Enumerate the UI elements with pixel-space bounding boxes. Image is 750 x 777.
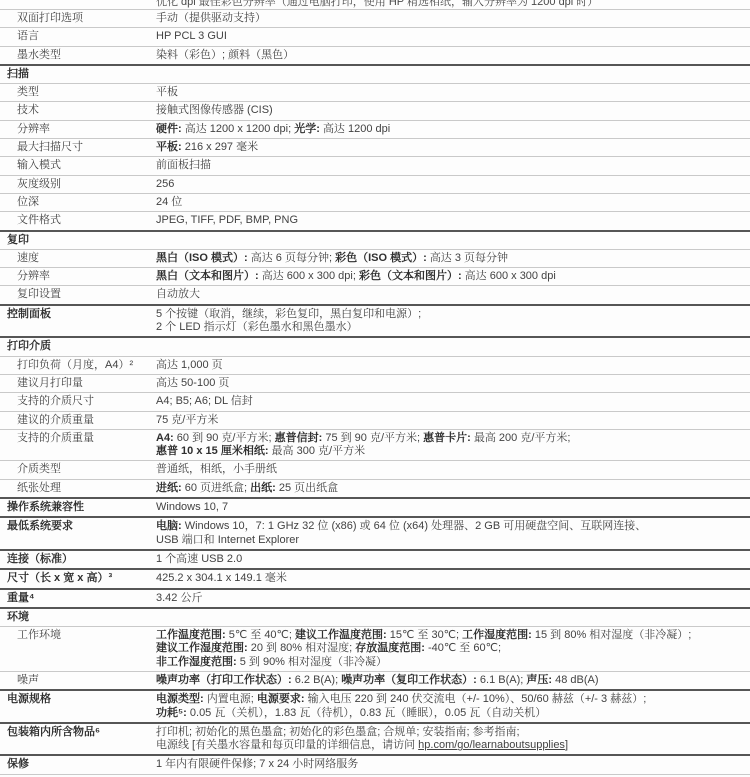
spec-row: 介质类型普通纸，相纸，小手册纸: [0, 460, 750, 478]
value-term: 平板:: [156, 141, 185, 153]
spec-value: 高达 1,000 页: [156, 359, 750, 372]
spec-value: Windows 10, 7: [156, 501, 750, 514]
spec-label: 灰度级别: [0, 178, 156, 191]
value-term: 光学:: [294, 123, 323, 135]
spec-row: 打印负荷（月度，A4）²高达 1,000 页: [0, 356, 750, 374]
spec-label: 介质类型: [0, 463, 156, 476]
value-text: 高达 3 页每分钟: [430, 252, 508, 264]
section-title: 环境: [0, 611, 156, 624]
spec-label: 建议的介质重量: [0, 414, 156, 427]
spec-value: 高达 50-100 页: [156, 377, 750, 390]
value-text: 高达 50-100 页: [156, 377, 229, 389]
spec-label: 支持的介质尺寸: [0, 395, 156, 408]
spec-label: 语言: [0, 30, 156, 43]
value-text: 1 个高速 USB 2.0: [156, 553, 242, 565]
spec-row: 输入模式前面板扫描: [0, 156, 750, 174]
spec-value: 前面板扫描: [156, 159, 750, 172]
spec-row: 最大扫描尺寸平板: 216 x 297 毫米: [0, 138, 750, 156]
spec-row: 工作环境工作温度范围: 5℃ 至 40℃; 建议工作温度范围: 15℃ 至 30…: [0, 626, 750, 671]
spec-label: 输入模式: [0, 159, 156, 172]
value-text: 最高 300 克/平方米: [272, 445, 366, 457]
value-text: 高达 1200 dpi: [323, 123, 390, 135]
spec-value: 普通纸，相纸，小手册纸: [156, 463, 750, 476]
value-term: 建议工作温度范围:: [295, 629, 390, 641]
value-text: 2 个 LED 指示灯（彩色墨水和黑色墨水）: [156, 321, 358, 333]
spec-value: 平板: 216 x 297 毫米: [156, 141, 750, 154]
spec-value: 进纸: 60 页进纸盒; 出纸: 25 页出纸盒: [156, 482, 750, 495]
spec-row: 速度黑白（ISO 模式）: 高达 6 页每分钟; 彩色（ISO 模式）: 高达 …: [0, 249, 750, 267]
spec-label: 控制面板: [0, 308, 156, 321]
spec-value: 电源类型: 内置电源; 电源要求: 输入电压 220 到 240 伏交流电（+/…: [156, 693, 750, 720]
spec-row: 建议的介质重量75 克/平方米: [0, 411, 750, 429]
spec-row: 纸张处理进纸: 60 页进纸盒; 出纸: 25 页出纸盒: [0, 479, 750, 497]
spec-row: 电源规格电源类型: 内置电源; 电源要求: 输入电压 220 到 240 伏交流…: [0, 689, 750, 722]
value-term: 惠普卡片:: [423, 432, 474, 444]
value-term: 硬件:: [156, 123, 185, 135]
value-text: 高达 1200 x 1200 dpi;: [185, 123, 294, 135]
value-text: 输入电压 220 到 240 伏交流电（+/- 10%）、50/60 赫兹（+/…: [308, 693, 647, 705]
value-text: 48 dB(A): [555, 674, 598, 686]
spec-label: 电源规格: [0, 693, 156, 706]
value-text: 425.2 x 304.1 x 149.1 毫米: [156, 572, 287, 584]
spec-label: 位深: [0, 196, 156, 209]
spec-value: 手动（提供驱动支持）: [156, 12, 750, 25]
section-header-row: 扫描: [0, 64, 750, 83]
value-term: 非工作湿度范围:: [156, 656, 240, 668]
spec-row: 技术接触式图像传感器 (CIS): [0, 101, 750, 119]
spec-label: 最低系统要求: [0, 520, 156, 533]
value-text: 6.2 B(A);: [295, 674, 341, 686]
spec-label: 支持的介质重量: [0, 432, 156, 445]
spec-value: 硬件: 高达 1200 x 1200 dpi; 光学: 高达 1200 dpi: [156, 123, 750, 136]
value-text: USB 端口和 Internet Explorer: [156, 534, 299, 546]
spec-label: 打印负荷（月度，A4）²: [0, 359, 156, 372]
value-term: A4:: [156, 432, 177, 444]
spec-value: 平板: [156, 86, 750, 99]
spec-row: 墨水类型染料（彩色）; 颜料（黑色）: [0, 46, 750, 64]
clipped-row: 优化 dpi 最佳彩色分辨率（通过电脑打印，使用 HP 精选相纸，输入分辨率为 …: [0, 0, 750, 9]
spec-label: 速度: [0, 252, 156, 265]
value-text: 24 位: [156, 196, 182, 208]
value-text: Windows 10，7: 1 GHz 32 位 (x86) 或 64 位 (x…: [185, 520, 646, 532]
value-term: 出纸:: [250, 482, 279, 494]
spec-value: 1 年内有限硬件保修; 7 x 24 小时网络服务: [156, 758, 750, 771]
spec-label: 双面打印选项: [0, 12, 156, 25]
spec-row: 文件格式JPEG, TIFF, PDF, BMP, PNG: [0, 211, 750, 229]
spec-value: 优化 dpi 最佳彩色分辨率（通过电脑打印，使用 HP 精选相纸，输入分辨率为 …: [156, 0, 750, 9]
value-term: 噪声功率（复印工作状态）:: [341, 674, 480, 686]
value-text: 高达 600 x 300 dpi;: [262, 270, 359, 282]
section-title: 扫描: [0, 68, 156, 81]
value-text: 高达 6 页每分钟;: [251, 252, 335, 264]
value-term: 电源要求:: [257, 693, 308, 705]
spec-value: 接触式图像传感器 (CIS): [156, 104, 750, 117]
spec-row: 连接（标准）1 个高速 USB 2.0: [0, 549, 750, 568]
printer-spec-table: 优化 dpi 最佳彩色分辨率（通过电脑打印，使用 HP 精选相纸，输入分辨率为 …: [0, 0, 750, 777]
value-text: 0.05 瓦（关机），1.83 瓦（待机），0.83 瓦（睡眠），0.05 瓦（…: [190, 707, 546, 719]
value-term: 黑白（文本和图片）:: [156, 270, 262, 282]
spec-value: 自动放大: [156, 288, 750, 301]
spec-value: 256: [156, 178, 750, 191]
spec-value: 3.42 公斤: [156, 592, 750, 605]
value-text: 内置电源;: [207, 693, 257, 705]
spec-label: 复印设置: [0, 288, 156, 301]
value-text: 60 到 90 克/平方米;: [177, 432, 275, 444]
value-text: 优化 dpi 最佳彩色分辨率（通过电脑打印，使用 HP 精选相纸，输入分辨率为 …: [156, 0, 598, 8]
spec-label: 墨水类型: [0, 49, 156, 62]
spec-value: 噪声功率（打印工作状态）: 6.2 B(A); 噪声功率（复印工作状态）: 6.…: [156, 674, 750, 687]
spec-label: 噪声: [0, 674, 156, 687]
spec-label: 纸张处理: [0, 482, 156, 495]
section-title: 打印介质: [0, 340, 156, 353]
supplies-link[interactable]: hp.com/go/learnaboutsupplies: [418, 739, 565, 751]
value-text: HP PCL 3 GUI: [156, 30, 227, 42]
value-term: 进纸:: [156, 482, 185, 494]
spec-value: 24 位: [156, 196, 750, 209]
value-term: 声压:: [526, 674, 555, 686]
value-text: ]: [565, 739, 568, 751]
value-text: 普通纸，相纸，小手册纸: [156, 463, 277, 475]
value-text: JPEG, TIFF, PDF, BMP, PNG: [156, 214, 298, 226]
value-text: 75 到 90 克/平方米;: [325, 432, 423, 444]
spec-row: 支持的介质重量A4: 60 到 90 克/平方米; 惠普信封: 75 到 90 …: [0, 429, 750, 461]
value-text: 前面板扫描: [156, 159, 211, 171]
spec-row: 灰度级别256: [0, 175, 750, 193]
value-term: 惠普信封:: [275, 432, 326, 444]
section-title: 复印: [0, 234, 156, 247]
spec-value: 工作温度范围: 5℃ 至 40℃; 建议工作温度范围: 15℃ 至 30℃; 工…: [156, 629, 750, 669]
spec-row: 保修1 年内有限硬件保修; 7 x 24 小时网络服务: [0, 754, 750, 773]
spec-value: 黑白（ISO 模式）: 高达 6 页每分钟; 彩色（ISO 模式）: 高达 3 …: [156, 252, 750, 265]
value-text: 电源线 [有关墨水容量和每页印量的详细信息，请访问: [156, 739, 418, 751]
value-text: 6.1 B(A);: [480, 674, 526, 686]
value-text: 5 个按键（取消，继续，彩色复印，黑白复印和电源）;: [156, 308, 421, 320]
spec-row: 类型平板: [0, 83, 750, 101]
value-term: 彩色（文本和图片）:: [359, 270, 465, 282]
spec-label: 类型: [0, 86, 156, 99]
spec-label: 技术: [0, 104, 156, 117]
spec-row: 包装箱内所含物品⁶打印机; 初始化的黑色墨盒; 初始化的彩色墨盒; 合规单; 安…: [0, 722, 750, 755]
value-text: 染料（彩色）; 颜料（黑色）: [156, 49, 294, 61]
spec-label: 操作系统兼容性: [0, 501, 156, 514]
spec-value: HP PCL 3 GUI: [156, 30, 750, 43]
spec-row: 尺寸（长 x 宽 x 高）³425.2 x 304.1 x 149.1 毫米: [0, 568, 750, 587]
spec-label: 尺寸（长 x 宽 x 高）³: [0, 572, 156, 585]
spec-row: 复印设置自动放大: [0, 285, 750, 303]
value-text: 256: [156, 178, 174, 190]
spec-row: 语言HP PCL 3 GUI: [0, 27, 750, 45]
spec-value: 染料（彩色）; 颜料（黑色）: [156, 49, 750, 62]
value-term: 噪声功率（打印工作状态）:: [156, 674, 295, 686]
value-text: 5 到 90% 相对湿度（非冷凝）: [240, 656, 387, 668]
spec-row: 控制面板5 个按键（取消，继续，彩色复印，黑白复印和电源）;2 个 LED 指示…: [0, 304, 750, 337]
value-text: 接触式图像传感器 (CIS): [156, 104, 273, 116]
value-term: 建议工作湿度范围:: [156, 642, 251, 654]
value-text: -40℃ 至 60℃;: [428, 642, 501, 654]
value-text: A4; B5; A6; DL 信封: [156, 395, 253, 407]
value-term: 工作湿度范围:: [462, 629, 535, 641]
spec-value: 5 个按键（取消，继续，彩色复印，黑白复印和电源）;2 个 LED 指示灯（彩色…: [156, 308, 750, 335]
value-text: 手动（提供驱动支持）: [156, 12, 266, 24]
section-header-row: 打印介质: [0, 336, 750, 355]
spec-label: 分辨率: [0, 123, 156, 136]
value-text: 5℃ 至 40℃;: [229, 629, 295, 641]
spec-label: 最大扫描尺寸: [0, 141, 156, 154]
spec-row: 分辨率硬件: 高达 1200 x 1200 dpi; 光学: 高达 1200 d…: [0, 120, 750, 138]
spec-row: 支持的介质尺寸A4; B5; A6; DL 信封: [0, 392, 750, 410]
value-text: 高达 1,000 页: [156, 359, 223, 371]
value-term: 存放温度范围:: [355, 642, 428, 654]
spec-label: 包装箱内所含物品⁶: [0, 726, 156, 739]
section-header-row: 复印: [0, 230, 750, 249]
value-text: 1 年内有限硬件保修; 7 x 24 小时网络服务: [156, 758, 358, 770]
spec-value: 1 个高速 USB 2.0: [156, 553, 750, 566]
spec-value: A4: 60 到 90 克/平方米; 惠普信封: 75 到 90 克/平方米; …: [156, 432, 750, 459]
spec-label: 重量⁴: [0, 592, 156, 605]
spec-value: 75 克/平方米: [156, 414, 750, 427]
value-term: 工作温度范围:: [156, 629, 229, 641]
value-text: 平板: [156, 86, 178, 98]
spec-value: 打印机; 初始化的黑色墨盒; 初始化的彩色墨盒; 合规单; 安装指南; 参考指南…: [156, 726, 750, 753]
value-term: 电源类型:: [156, 693, 207, 705]
spec-label: 文件格式: [0, 214, 156, 227]
value-term: 功耗⁵:: [156, 707, 190, 719]
value-text: 25 页出纸盒: [279, 482, 338, 494]
value-text: 216 x 297 毫米: [185, 141, 258, 153]
section-header-row: 环境: [0, 607, 750, 626]
value-text: 15 到 80% 相对湿度（非冷凝）;: [535, 629, 691, 641]
value-text: 高达 600 x 300 dpi: [465, 270, 556, 282]
spec-label: 保修: [0, 758, 156, 771]
spec-value: 电脑: Windows 10，7: 1 GHz 32 位 (x86) 或 64 …: [156, 520, 750, 547]
spec-value: 425.2 x 304.1 x 149.1 毫米: [156, 572, 750, 585]
value-text: 60 页进纸盒;: [185, 482, 250, 494]
value-text: 自动放大: [156, 288, 200, 300]
value-text: 15℃ 至 30℃;: [390, 629, 462, 641]
spec-label: 工作环境: [0, 629, 156, 642]
value-text: 3.42 公斤: [156, 592, 202, 604]
spec-row: 双面打印选项手动（提供驱动支持）: [0, 9, 750, 27]
value-text: 75 克/平方米: [156, 414, 218, 426]
table-bottom-rule: [0, 774, 750, 777]
value-text: 20 到 80% 相对湿度;: [251, 642, 356, 654]
spec-row: 噪声噪声功率（打印工作状态）: 6.2 B(A); 噪声功率（复印工作状态）: …: [0, 671, 750, 689]
value-term: 黑白（ISO 模式）:: [156, 252, 251, 264]
value-text: Windows 10, 7: [156, 501, 228, 513]
value-term: 惠普 10 x 15 厘米相纸:: [156, 445, 272, 457]
spec-label: 连接（标准）: [0, 553, 156, 566]
spec-label: 分辨率: [0, 270, 156, 283]
value-term: 电脑:: [156, 520, 185, 532]
spec-value: 黑白（文本和图片）: 高达 600 x 300 dpi; 彩色（文本和图片）: …: [156, 270, 750, 283]
value-term: 彩色（ISO 模式）:: [335, 252, 430, 264]
spec-row: 操作系统兼容性Windows 10, 7: [0, 497, 750, 516]
spec-row: 分辨率黑白（文本和图片）: 高达 600 x 300 dpi; 彩色（文本和图片…: [0, 267, 750, 285]
value-text: 打印机; 初始化的黑色墨盒; 初始化的彩色墨盒; 合规单; 安装指南; 参考指南…: [156, 726, 520, 738]
spec-row: 重量⁴3.42 公斤: [0, 588, 750, 607]
spec-label: 建议月打印量: [0, 377, 156, 390]
spec-row: 建议月打印量高达 50-100 页: [0, 374, 750, 392]
spec-value: A4; B5; A6; DL 信封: [156, 395, 750, 408]
spec-row: 最低系统要求电脑: Windows 10，7: 1 GHz 32 位 (x86)…: [0, 516, 750, 549]
spec-row: 位深24 位: [0, 193, 750, 211]
spec-value: JPEG, TIFF, PDF, BMP, PNG: [156, 214, 750, 227]
value-text: 最高 200 克/平方米;: [474, 432, 571, 444]
